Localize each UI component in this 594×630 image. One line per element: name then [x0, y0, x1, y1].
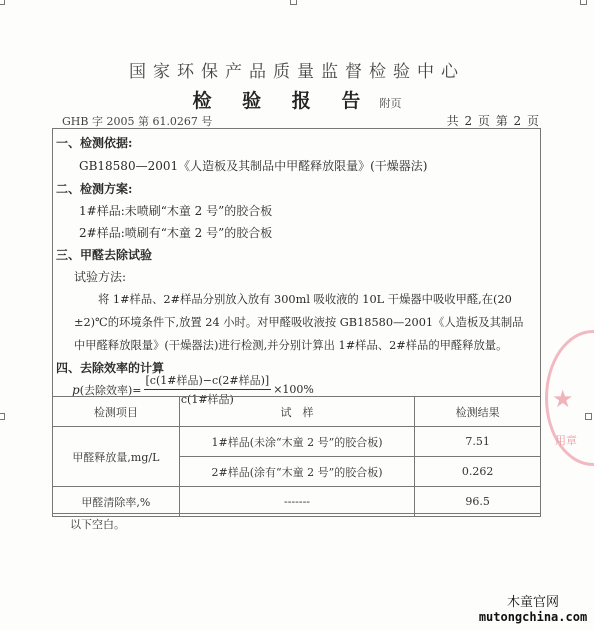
row-item: 甲醛清除率,% [53, 487, 180, 517]
formula-multiplier: ×100% [273, 383, 314, 396]
row-sample: 2#样品(涂有“木童 2 号”的胶合板) [179, 457, 414, 487]
header-sample: 试 样 [179, 397, 414, 427]
page-info: 共 2 页 第 2 页 [447, 112, 540, 129]
resize-handle-top-center[interactable] [290, 0, 297, 5]
row-result: 0.262 [415, 457, 541, 487]
table-header-row: 检测项目 试 样 检测结果 [53, 397, 541, 427]
org-title: 国家环保产品质量监督检验中心 [0, 57, 594, 82]
resize-handle-middle-left[interactable] [0, 413, 5, 420]
method-body-line-2: ±2)℃的环境条件下,放置 24 小时。对甲醛吸收液按 GB18580—2001… [74, 314, 523, 330]
resize-handle-top-left[interactable] [0, 0, 5, 5]
seal-star-icon: ★ [552, 385, 574, 413]
report-title-block: 检 验 报 告 附页 [0, 86, 594, 113]
sample-2-description: 2#样品:喷刷有“木童 2 号”的胶合板 [79, 224, 272, 241]
report-title: 检 验 报 告 [193, 90, 373, 112]
table-row: 甲醛清除率,% ------- 96.5 [53, 487, 541, 517]
section-1-title: 一、检测依据: [56, 134, 132, 151]
section-3-title: 三、甲醛去除试验 [56, 246, 152, 263]
document-number: GHB 字 2005 第 61.0267 号 [62, 113, 212, 129]
watermark-name: 木童官网 [478, 596, 588, 610]
row-sample: 1#样品(未涂“木童 2 号”的胶合板) [179, 427, 414, 457]
report-subtitle: 附页 [379, 97, 401, 110]
row-result: 96.5 [415, 487, 541, 517]
resize-handle-top-right[interactable] [580, 0, 587, 5]
method-label: 试验方法: [74, 268, 126, 285]
watermark-url: mutongchina.com [478, 610, 588, 624]
header-item: 检测项目 [53, 397, 180, 427]
row-item: 甲醛释放量,mg/L [53, 427, 180, 487]
method-body-line-1: 将 1#样品、2#样品分别放入放有 300ml 吸收液的 10L 干燥器中吸收甲… [98, 291, 512, 307]
results-table: 检测项目 试 样 检测结果 甲醛释放量,mg/L 1#样品(未涂“木童 2 号”… [52, 396, 541, 517]
table-row: 甲醛释放量,mg/L 1#样品(未涂“木童 2 号”的胶合板) 7.51 [53, 427, 541, 457]
watermark: 木童官网 mutongchina.com [478, 596, 588, 624]
formula-lhs: p [72, 383, 80, 397]
seal-text: 用章 [555, 432, 577, 448]
section-1-body: GB18580—2001《人造板及其制品中甲醛释放限量》(干燥器法) [79, 157, 427, 174]
blank-below-note: 以下空白。 [70, 516, 125, 532]
section-2-title: 二、检测方案: [56, 180, 132, 197]
method-body-line-3: 中甲醛释放限量》(干燥器法)进行检测,并分别计算出 1#样品、2#样品的甲醛释放… [74, 337, 507, 353]
row-result: 7.51 [415, 427, 541, 457]
sample-1-description: 1#样品:未喷刷“木童 2 号”的胶合板 [79, 202, 272, 219]
header-result: 检测结果 [415, 397, 541, 427]
formula-numerator: [c(1#样品)−c(2#样品)] [144, 372, 272, 390]
row-sample: ------- [179, 487, 414, 517]
